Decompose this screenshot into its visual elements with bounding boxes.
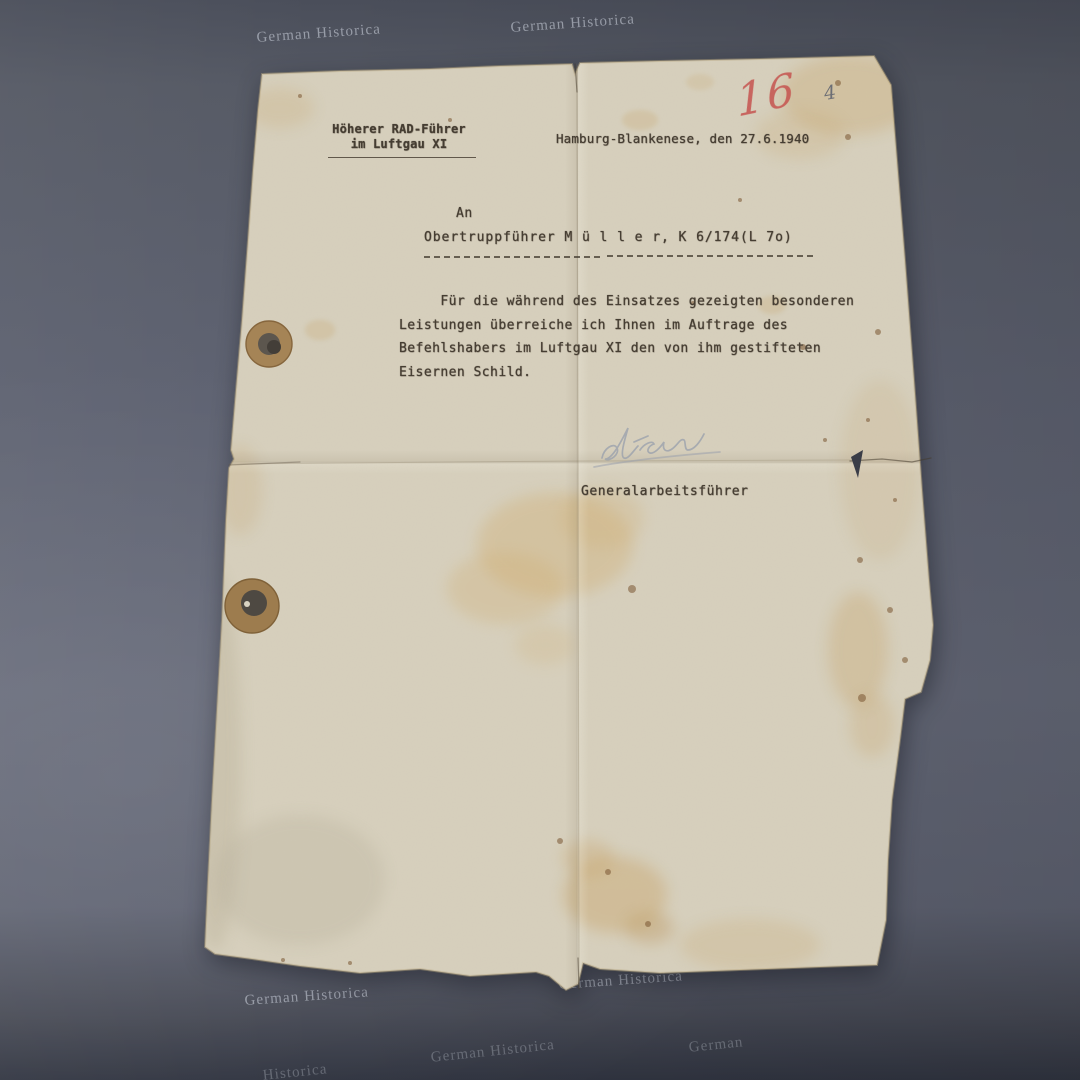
- letterhead: Höherer RAD-Führer im Luftgau XI: [329, 122, 469, 152]
- recipient-underline-right: [607, 255, 813, 257]
- recipient-salutation: An: [456, 206, 473, 221]
- punch-hole-bottom: [225, 579, 279, 633]
- letterhead-line2: im Luftgau XI: [329, 137, 469, 152]
- date-line: Hamburg-Blankenese, den 27.6.1940: [556, 131, 809, 146]
- document-paper: [0, 0, 1080, 1080]
- letterhead-line1: Höherer RAD-Führer: [329, 122, 469, 137]
- letterhead-underline: [328, 157, 476, 158]
- recipient-line: Obertruppführer M ü l l e r, K 6/174(L 7…: [424, 230, 793, 245]
- recipient-underline-left: [424, 256, 600, 258]
- body-text: Für die während des Einsatzes gezeigten …: [399, 290, 879, 384]
- signature-title: Generalarbeitsführer: [581, 484, 749, 499]
- handwritten-signature: [588, 420, 738, 482]
- punch-hole-top: [246, 321, 292, 367]
